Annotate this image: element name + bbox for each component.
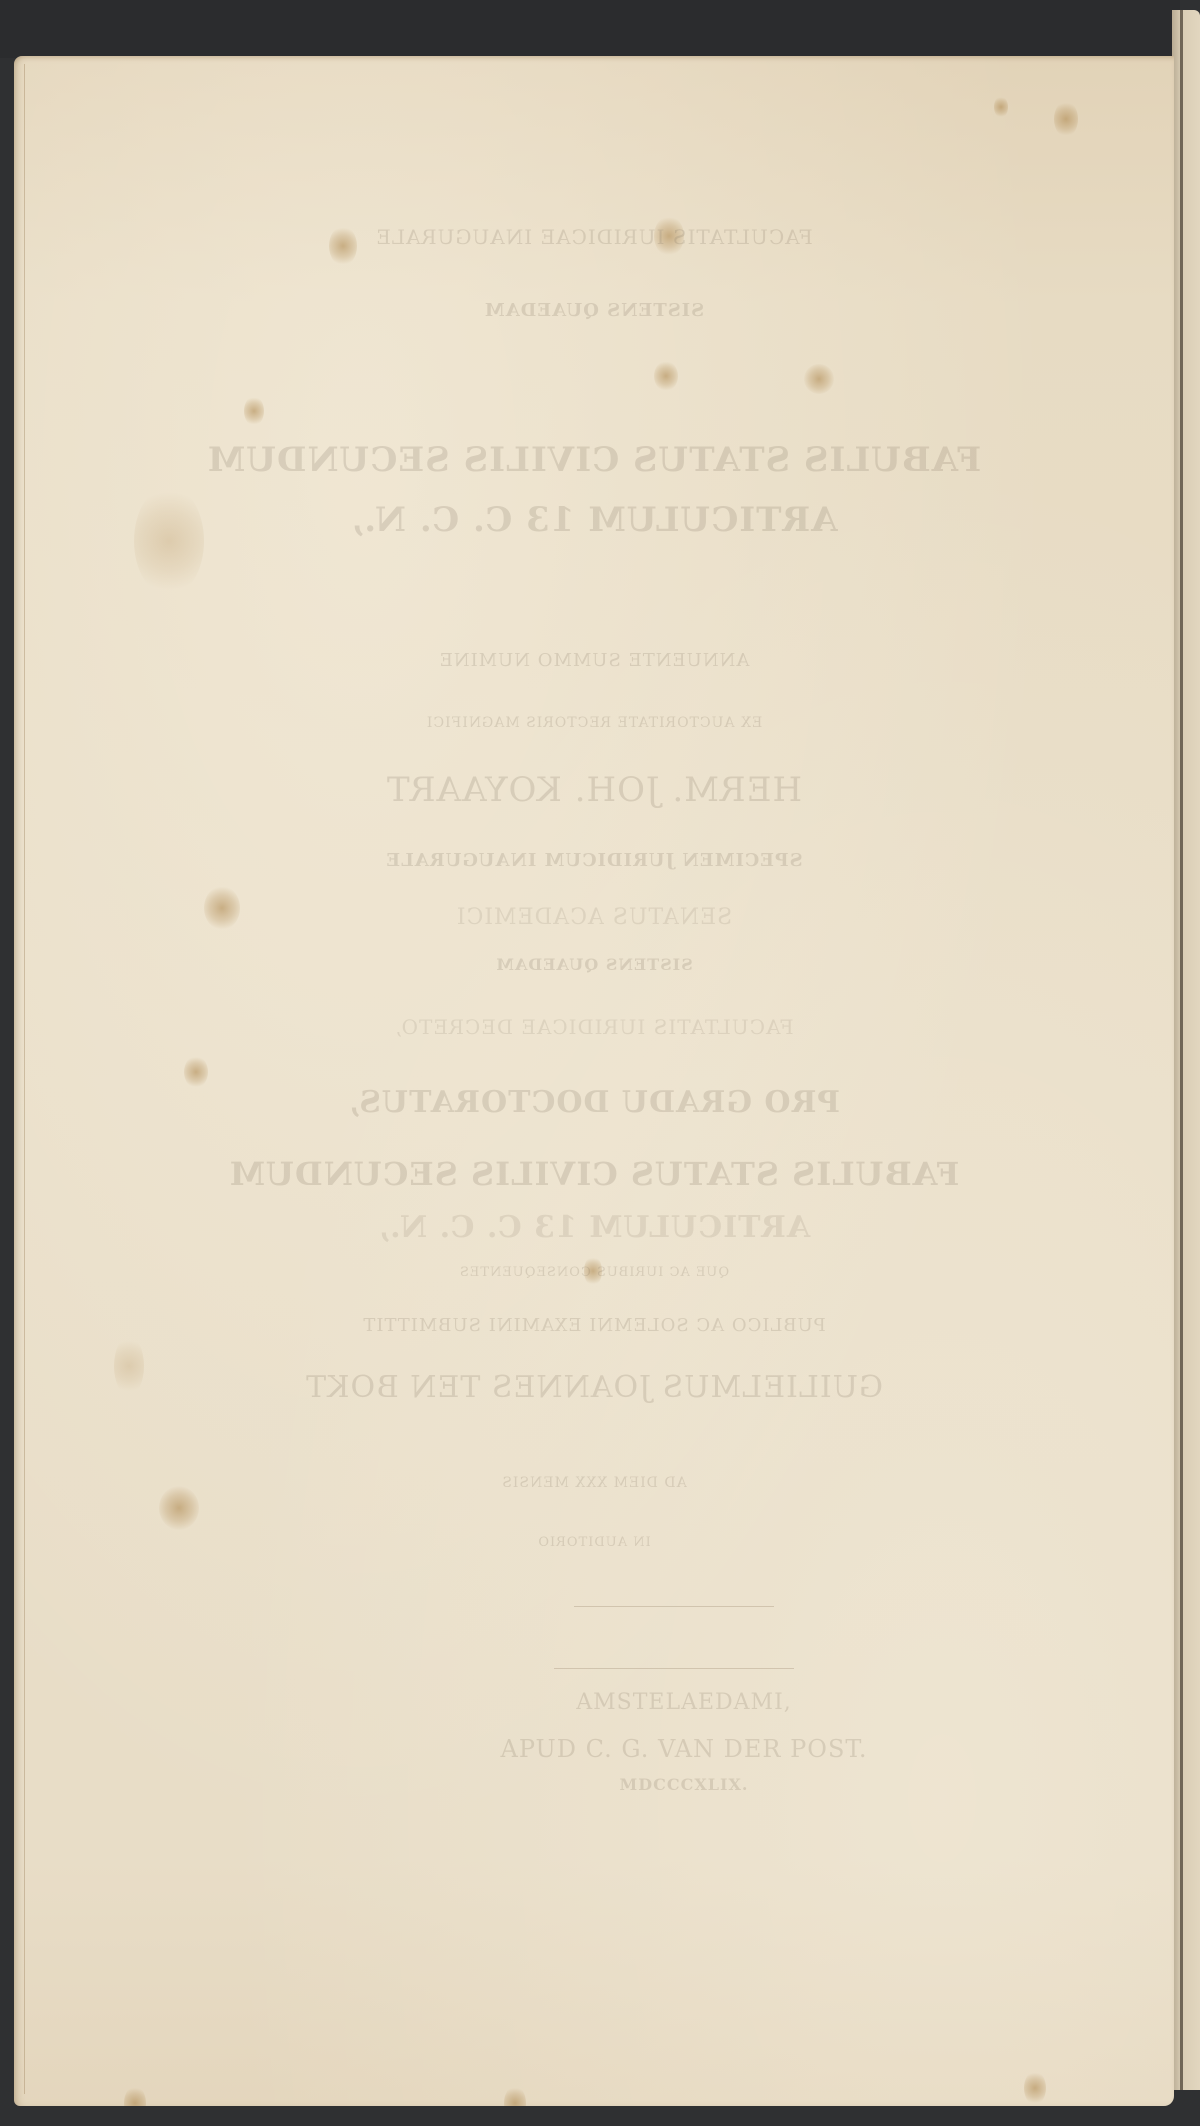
foxing-spot [204,886,240,930]
paper-page: FACULTATIS IURIDICAE INAUGURALESISTENS Q… [14,56,1174,2106]
show-through-rule [574,1606,774,1607]
show-through-line: FACULTATIS IURIDICAE INAUGURALE [14,225,1174,249]
foxing-spot [329,226,357,266]
show-through-line: PUBLICO AC SOLEMNI EXAMINI SUBMITTIT [14,1315,1174,1336]
show-through-line: FABULIS STATUS CIVILIS SECUNDUM [14,440,1174,480]
show-through-line: FACULTATIS IURIDICAE DECRETO, [14,1015,1174,1039]
show-through-line: FABULIS STATUS CIVILIS SECUNDUM [14,1155,1174,1193]
cover-edge-top [0,0,1180,58]
show-through-line: ANNUENTE SUMMO NUMINE [14,650,1174,671]
show-through-line: ARTICULUM 13 C. C. N., [14,1210,1174,1245]
show-through-line: SENATUS ACADEMICI [14,905,1174,930]
show-through-imprint-line: APUD C. G. VAN DER POST. [14,1735,1174,1763]
show-through-line: PRO GRADU DOCTORATUS, [14,1085,1174,1120]
foxing-spot [504,2086,526,2106]
page-inner-edge [24,64,25,2094]
foxing-spot [244,396,264,426]
foxing-spot [134,486,204,596]
show-through-imprint-line: MDCCCXLIX. [14,1775,1174,1794]
show-through-line: IN AUDITORIO [14,1535,1174,1550]
foxing-spot [654,361,678,391]
show-through-imprint-line: AMSTELAEDAMI, [14,1690,1174,1715]
foxing-spot [804,364,834,394]
show-through-line: HERM. JOH. KOYAART [14,770,1174,810]
scan-background: FACULTATIS IURIDICAE INAUGURALESISTENS Q… [0,0,1200,2126]
show-through-rule [554,1668,794,1669]
foxing-spot [994,96,1008,118]
foxing-spot [584,1256,602,1286]
show-through-line: SISTENS QUAEDAM [14,300,1174,321]
next-page-edge [1172,10,1200,2090]
show-through-line: GUILIELMUS JOANNES TEN BOKT [14,1370,1174,1405]
show-through-line: EX AUCTORITATE RECTORIS MAGNIFICI [14,715,1174,731]
foxing-spot [184,1056,208,1088]
foxing-spot [654,216,684,256]
show-through-line: SPECIMEN JURIDICUM INAUGURALE [14,850,1174,871]
foxing-spot [1024,2071,1046,2105]
foxing-spot [114,1336,144,1396]
foxing-spot [1054,101,1078,137]
show-through-line: SISTENS QUAEDAM [14,955,1174,974]
foxing-spot [124,2086,146,2106]
spine-gutter-line [1180,10,1183,2090]
foxing-spot [159,1486,199,1530]
